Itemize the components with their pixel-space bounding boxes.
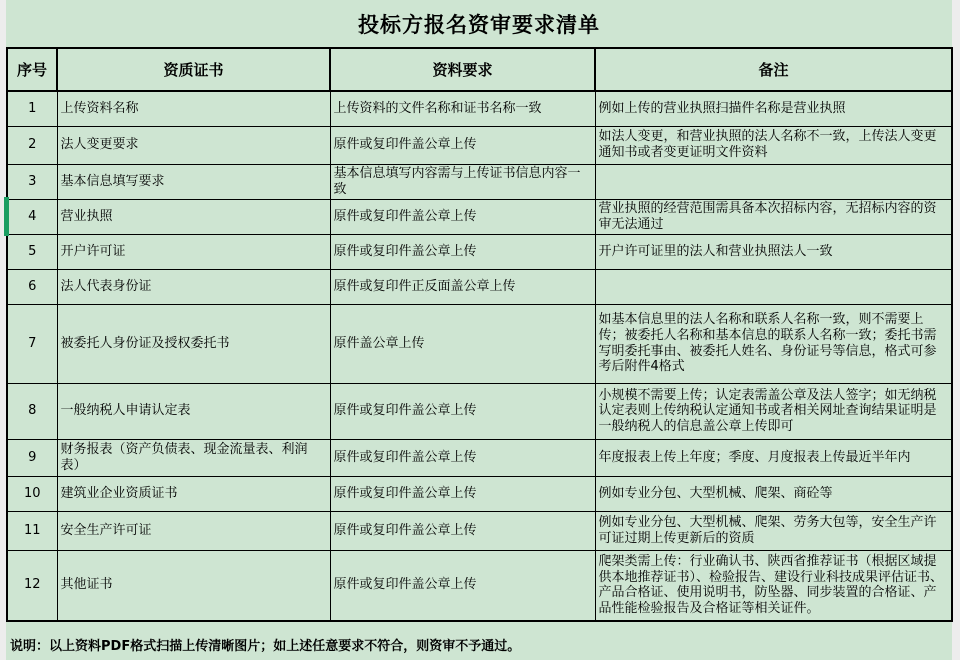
row-number-cell[interactable]: 1	[7, 91, 57, 126]
right-margin	[952, 0, 960, 660]
requirement-cell[interactable]: 原件或复印件盖公章上传	[330, 383, 595, 439]
spreadsheet-area: 投标方报名资审要求清单 序号 资质证书 资料要求 备注 1上传资料名称上传资料的…	[6, 0, 952, 660]
row-number-cell[interactable]: 4	[7, 199, 57, 234]
selected-cell-indicator	[4, 197, 9, 236]
certificate-cell[interactable]: 营业执照	[57, 199, 330, 234]
remark-cell[interactable]: 爬架类需上传：行业确认书、陕西省推荐证书（根据区域提供本地推荐证书）、检验报告、…	[595, 550, 952, 621]
requirement-cell[interactable]: 原件或复印件盖公章上传	[330, 126, 595, 164]
certificate-cell[interactable]: 法人变更要求	[57, 126, 330, 164]
column-header-remark[interactable]: 备注	[595, 48, 952, 91]
certificate-cell[interactable]: 建筑业企业资质证书	[57, 476, 330, 511]
column-header-requirement[interactable]: 资料要求	[330, 48, 595, 91]
row-number-cell[interactable]: 7	[7, 304, 57, 383]
row-number-cell[interactable]: 8	[7, 383, 57, 439]
table-row: 4营业执照原件或复印件盖公章上传营业执照的经营范围需具备本次招标内容，无招标内容…	[7, 199, 952, 234]
certificate-cell[interactable]: 基本信息填写要求	[57, 164, 330, 199]
table-row: 5开户许可证原件或复印件盖公章上传开户许可证里的法人和营业执照法人一致	[7, 234, 952, 269]
row-number-cell[interactable]: 12	[7, 550, 57, 621]
remark-cell[interactable]: 如法人变更，和营业执照的法人名称不一致，上传法人变更通知书或者变更证明文件资料	[595, 126, 952, 164]
certificate-cell[interactable]: 开户许可证	[57, 234, 330, 269]
row-number-cell[interactable]: 2	[7, 126, 57, 164]
remark-cell[interactable]: 例如专业分包、大型机械、爬架、商砼等	[595, 476, 952, 511]
requirement-cell[interactable]: 原件或复印件盖公章上传	[330, 550, 595, 621]
remark-cell[interactable]: 如基本信息里的法人名称和联系人名称一致，则不需要上传；被委托人名称和基本信息的联…	[595, 304, 952, 383]
requirements-table: 序号 资质证书 资料要求 备注 1上传资料名称上传资料的文件名称和证书名称一致例…	[6, 47, 953, 622]
row-number-cell[interactable]: 3	[7, 164, 57, 199]
row-number-cell[interactable]: 6	[7, 269, 57, 304]
row-number-cell[interactable]: 11	[7, 511, 57, 550]
table-row: 11安全生产许可证原件或复印件盖公章上传例如专业分包、大型机械、爬架、劳务大包等…	[7, 511, 952, 550]
table-row: 7被委托人身份证及授权委托书原件盖公章上传如基本信息里的法人名称和联系人名称一致…	[7, 304, 952, 383]
certificate-cell[interactable]: 上传资料名称	[57, 91, 330, 126]
certificate-cell[interactable]: 财务报表（资产负债表、现金流量表、利润表）	[57, 439, 330, 476]
remark-cell[interactable]: 营业执照的经营范围需具备本次招标内容，无招标内容的资审无法通过	[595, 199, 952, 234]
certificate-cell[interactable]: 其他证书	[57, 550, 330, 621]
page-title: 投标方报名资审要求清单	[6, 0, 952, 47]
column-header-index[interactable]: 序号	[7, 48, 57, 91]
row-number-cell[interactable]: 5	[7, 234, 57, 269]
certificate-cell[interactable]: 法人代表身份证	[57, 269, 330, 304]
requirement-cell[interactable]: 原件或复印件盖公章上传	[330, 476, 595, 511]
row-number-cell[interactable]: 10	[7, 476, 57, 511]
table-row: 8一般纳税人申请认定表原件或复印件盖公章上传小规模不需要上传；认定表需盖公章及法…	[7, 383, 952, 439]
table-row: 12其他证书原件或复印件盖公章上传爬架类需上传：行业确认书、陕西省推荐证书（根据…	[7, 550, 952, 621]
table-row: 2法人变更要求原件或复印件盖公章上传如法人变更，和营业执照的法人名称不一致，上传…	[7, 126, 952, 164]
footer-note: 说明：以上资料PDF格式扫描上传清晰图片；如上述任意要求不符合，则资审不予通过。	[6, 635, 952, 654]
certificate-cell[interactable]: 安全生产许可证	[57, 511, 330, 550]
certificate-cell[interactable]: 一般纳税人申请认定表	[57, 383, 330, 439]
remark-cell[interactable]	[595, 269, 952, 304]
requirement-cell[interactable]: 原件或复印件盖公章上传	[330, 199, 595, 234]
requirement-cell[interactable]: 上传资料的文件名称和证书名称一致	[330, 91, 595, 126]
table-row: 9财务报表（资产负债表、现金流量表、利润表）原件或复印件盖公章上传年度报表上传上…	[7, 439, 952, 476]
requirement-cell[interactable]: 原件盖公章上传	[330, 304, 595, 383]
remark-cell[interactable]: 例如上传的营业执照扫描件名称是营业执照	[595, 91, 952, 126]
table-row: 10建筑业企业资质证书原件或复印件盖公章上传例如专业分包、大型机械、爬架、商砼等	[7, 476, 952, 511]
requirement-cell[interactable]: 原件或复印件盖公章上传	[330, 234, 595, 269]
column-header-certificate[interactable]: 资质证书	[57, 48, 330, 91]
remark-cell[interactable]: 年度报表上传上年度；季度、月度报表上传最近半年内	[595, 439, 952, 476]
certificate-cell[interactable]: 被委托人身份证及授权委托书	[57, 304, 330, 383]
remark-cell[interactable]: 小规模不需要上传；认定表需盖公章及法人签字；如无纳税认定表则上传纳税认定通知书或…	[595, 383, 952, 439]
requirement-cell[interactable]: 基本信息填写内容需与上传证书信息内容一致	[330, 164, 595, 199]
header-row: 序号 资质证书 资料要求 备注	[7, 48, 952, 91]
table-row: 6法人代表身份证原件或复印件正反面盖公章上传	[7, 269, 952, 304]
table-row: 1上传资料名称上传资料的文件名称和证书名称一致例如上传的营业执照扫描件名称是营业…	[7, 91, 952, 126]
table-row: 3基本信息填写要求基本信息填写内容需与上传证书信息内容一致	[7, 164, 952, 199]
requirement-cell[interactable]: 原件或复印件正反面盖公章上传	[330, 269, 595, 304]
requirement-cell[interactable]: 原件或复印件盖公章上传	[330, 439, 595, 476]
remark-cell[interactable]	[595, 164, 952, 199]
row-number-cell[interactable]: 9	[7, 439, 57, 476]
remark-cell[interactable]: 例如专业分包、大型机械、爬架、劳务大包等，安全生产许可证过期上传更新后的资质	[595, 511, 952, 550]
remark-cell[interactable]: 开户许可证里的法人和营业执照法人一致	[595, 234, 952, 269]
requirement-cell[interactable]: 原件或复印件盖公章上传	[330, 511, 595, 550]
